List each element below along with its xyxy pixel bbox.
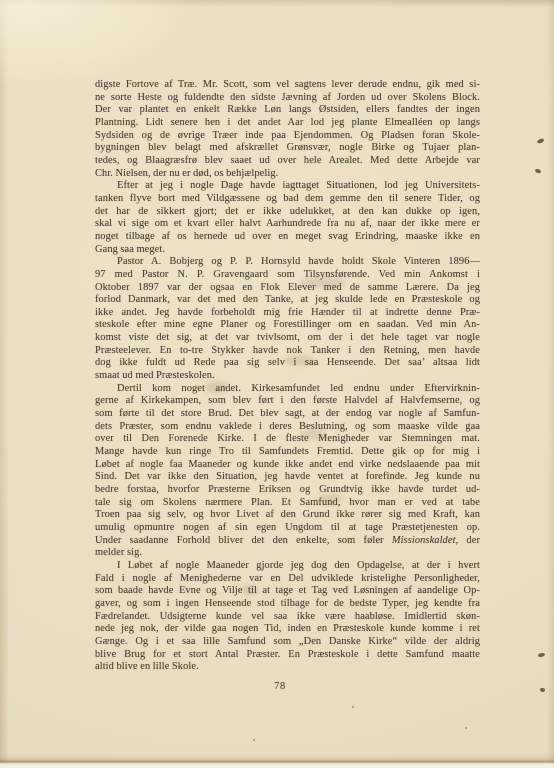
text-line: bedre forstaa, hvorfor Præsterne Eriksen…: [95, 484, 480, 497]
text-line: blive Brug for et stort Antal Præster. E…: [95, 649, 480, 662]
ink-speck: [539, 687, 545, 692]
text-line: nede jeg nok, der vilde gaa nogen Tid, i…: [95, 623, 480, 636]
text-line: Gænge. Og i et saa lille Samfund som „De…: [95, 636, 480, 649]
ink-speck: [535, 168, 542, 173]
text-line: forlod Danmark, var det med den Tanke, a…: [95, 294, 480, 307]
text-line: ne sorte Heste og fuldendte den sidste J…: [95, 92, 480, 105]
text-line: ikke andet. Jeg havde forbeholdt mig fri…: [95, 307, 480, 320]
scan-bottom-edge: [0, 756, 554, 768]
text-line: Gang saa meget.: [95, 244, 480, 257]
text-line: noget tilbage af os hernede ud over en m…: [95, 231, 480, 244]
text-line: smaat ud med Præsteskolen.: [95, 370, 480, 383]
text-line: Der var plantet en enkelt Række Løn lang…: [95, 104, 480, 117]
text-line: Under saadanne Forhold bliver det den en…: [95, 535, 480, 548]
text-line: Chr. Nielsen, der nu er død, os behjælpe…: [95, 168, 480, 181]
text-line: Sind. Det var ikke den Situation, jeg ha…: [95, 471, 480, 484]
text-line: skal vi sige om et kvart eller halvt Aar…: [95, 218, 480, 231]
text-line: Løbet af nogle faa Maaneder og kunde ikk…: [95, 459, 480, 472]
text-line: tanken flyve bort med Vildgæssene og bad…: [95, 193, 480, 206]
text-line: bygningen blev belagt med afskrællet Grø…: [95, 142, 480, 155]
text-line: som førte til det store Brud. Det blev s…: [95, 408, 480, 421]
page-number: 78: [95, 681, 465, 692]
text-line: Sydsiden og de øvrige Træer inde paa Eje…: [95, 130, 480, 143]
text-line: Fald i nogle af Menighederne var en Del …: [95, 573, 480, 586]
text-line: tale sig om Skolens nærmere Plan. Et Sam…: [95, 497, 480, 510]
text-line: komst viste det sig, at det var tvivlsom…: [95, 332, 480, 345]
text-line: altid blive en lille Skole.: [95, 661, 480, 674]
paper-speck: [253, 739, 255, 741]
text-line: Mange havde kun ringe Tro til Samfundets…: [95, 446, 480, 459]
text-line: Troen paa sig selv, og hvor Livet af den…: [95, 509, 480, 522]
text-line: som baade havde Evne og Vilje til at tag…: [95, 585, 480, 598]
paper-speck: [465, 727, 467, 729]
page-text: digste Fortove af Træ. Mr. Scott, som ve…: [95, 79, 480, 674]
text-line: Plantning. Lidt senere hen i det andet A…: [95, 117, 480, 130]
text-line: dets Præster, som endnu vaklede i deres …: [95, 421, 480, 434]
text-line: dog ikke fuldt ud Rede paa sig selv i sa…: [95, 357, 480, 370]
text-line: det har de sikkert gjort; det er ikke ud…: [95, 206, 480, 219]
text-line: 97 med Pastor N. P. Gravengaard som Tils…: [95, 269, 480, 282]
text-line: Dertil kom noget andet. Kirkesamfundet l…: [95, 383, 480, 396]
text-line: Fædrelandet. Udsigterne kunde vel saa ik…: [95, 611, 480, 624]
text-line: gaver, og som i ingen Henseende stod til…: [95, 598, 480, 611]
text-line: umulig opmuntre nogen af sin egen Ungdom…: [95, 522, 480, 535]
text-line: melder sig.: [95, 547, 480, 560]
text-line: Efter at jeg i nogle Dage havde iagttage…: [95, 180, 480, 193]
text-line: Præsteelever. En to-tre Stykker havde no…: [95, 345, 480, 358]
text-line: I Løbet af nogle Maaneder gjorde jeg dog…: [95, 560, 480, 573]
text-line: Oktober 1897 var der ogsaa en Flok Eleve…: [95, 282, 480, 295]
text-line: over til Den Forenede Kirke. I de fleste…: [95, 433, 480, 446]
text-line: tedes, og Blaagræsfrø blev saaet ud over…: [95, 155, 480, 168]
text-line: digste Fortove af Træ. Mr. Scott, som ve…: [95, 79, 480, 92]
ink-speck: [537, 138, 545, 144]
ink-speck: [538, 653, 545, 658]
text-line: gerne af Kirkekampen, som blev ført i de…: [95, 395, 480, 408]
text-line: Pastor A. Bobjerg og P. P. Hornsyld havd…: [95, 256, 480, 269]
book-page: digste Fortove af Træ. Mr. Scott, som ve…: [0, 0, 554, 768]
text-line: steskole efter mine egne Planer og Fores…: [95, 319, 480, 332]
paper-speck: [352, 706, 354, 708]
